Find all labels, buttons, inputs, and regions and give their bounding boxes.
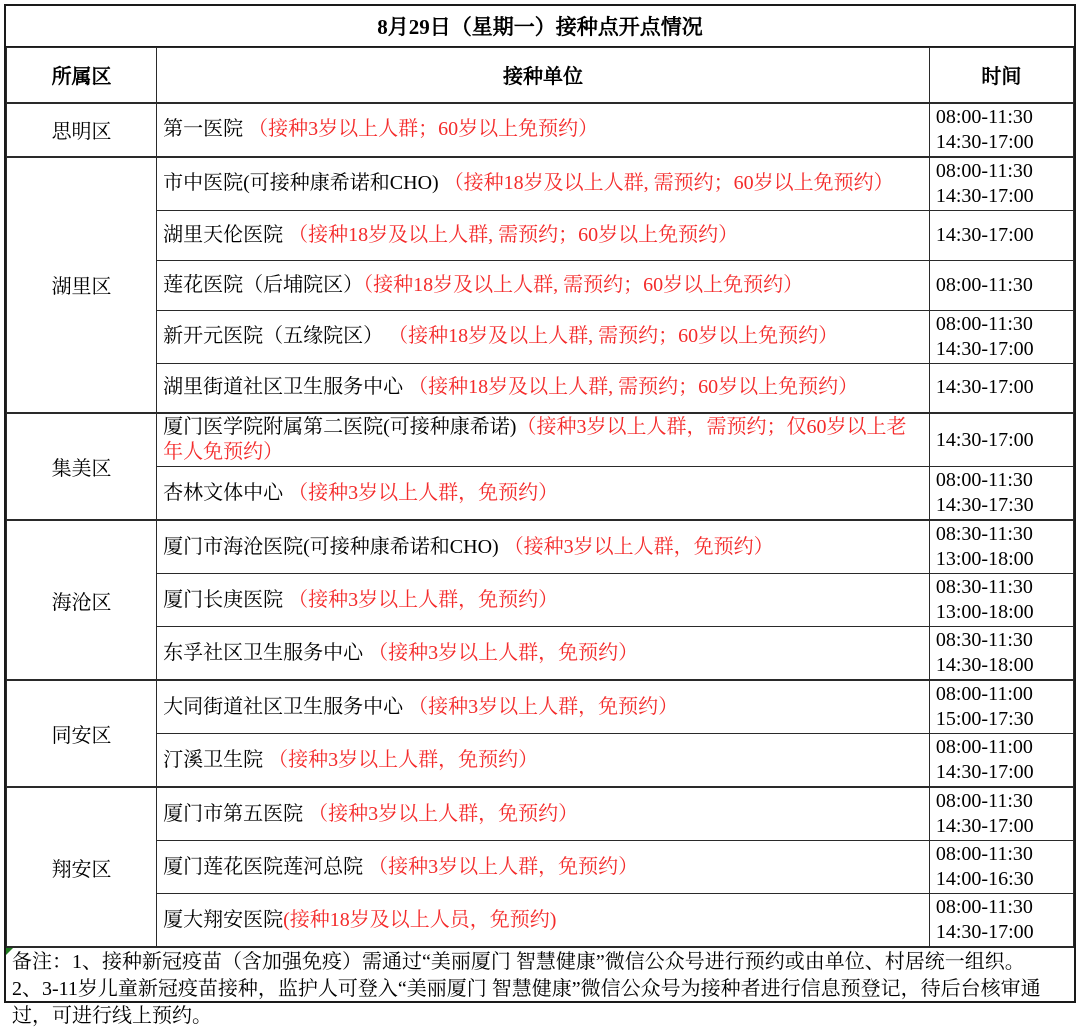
unit-name: 厦门莲花医院莲河总院 xyxy=(163,856,363,878)
unit-name: 东孚社区卫生服务中心 xyxy=(163,642,363,664)
unit-cell: 杏林文体中心 （接种3岁以上人群，免预约） xyxy=(157,467,930,521)
time-line: 14:30-17:00 xyxy=(936,428,1067,453)
unit-cell: 厦大翔安医院(接种18岁及以上人员，免预约) xyxy=(157,894,930,947)
time-line: 15:00-17:30 xyxy=(936,707,1067,732)
unit-note: （接种18岁及以上人群, 需预约；60岁以上免预约） xyxy=(383,325,838,347)
unit-cell: 厦门莲花医院莲河总院 （接种3岁以上人群，免预约） xyxy=(157,841,930,894)
unit-cell: 厦门医学院附属第二医院(可接种康希诺)（接种3岁以上人群，需预约；仅60岁以上老… xyxy=(157,413,930,467)
time-line: 08:30-11:30 xyxy=(936,628,1067,653)
unit-name: 厦门长庚医院 xyxy=(163,589,283,611)
page: 8月29日（星期一）接种点开点情况 所属区 接种单位 时间 思明区第一医院 （接… xyxy=(0,0,1080,1007)
unit-note: （接种3岁以上人群，免预约） xyxy=(303,803,578,825)
time-line: 14:30-17:00 xyxy=(936,814,1067,839)
table-row: 湖里区市中医院(可接种康希诺和CHO) （接种18岁及以上人群, 需预约；60岁… xyxy=(7,157,1074,211)
table-row: 莲花医院（后埔院区）（接种18岁及以上人群, 需预约；60岁以上免预约）08:0… xyxy=(7,260,1074,310)
district-cell: 思明区 xyxy=(7,103,157,157)
unit-cell: 市中医院(可接种康希诺和CHO) （接种18岁及以上人群, 需预约；60岁以上免… xyxy=(157,157,930,211)
unit-cell: 厦门市海沧医院(可接种康希诺和CHO) （接种3岁以上人群，免预约） xyxy=(157,520,930,574)
time-cell: 14:30-17:00 xyxy=(929,210,1073,260)
table-row: 杏林文体中心 （接种3岁以上人群，免预约）08:00-11:3014:30-17… xyxy=(7,467,1074,521)
table-row: 翔安区厦门市第五医院 （接种3岁以上人群，免预约）08:00-11:3014:3… xyxy=(7,787,1074,841)
table-row: 海沧区厦门市海沧医院(可接种康希诺和CHO) （接种3岁以上人群，免预约）08:… xyxy=(7,520,1074,574)
unit-note: （接种3岁以上人群，免预约） xyxy=(403,696,678,718)
district-cell: 集美区 xyxy=(7,413,157,520)
unit-note: （接种3岁以上人群，免预约） xyxy=(363,642,638,664)
unit-cell: 厦门市第五医院 （接种3岁以上人群，免预约） xyxy=(157,787,930,841)
time-line: 08:00-11:00 xyxy=(936,682,1067,707)
unit-cell: 大同街道社区卫生服务中心 （接种3岁以上人群，免预约） xyxy=(157,680,930,734)
time-cell: 08:30-11:3014:30-18:00 xyxy=(929,627,1073,681)
header-row: 所属区 接种单位 时间 xyxy=(7,48,1074,103)
time-line: 13:00-18:00 xyxy=(936,547,1067,572)
unit-name: 大同街道社区卫生服务中心 xyxy=(163,696,403,718)
unit-note: （接种3岁以上人群，免预约） xyxy=(499,536,774,558)
district-cell: 同安区 xyxy=(7,680,157,787)
time-line: 14:30-17:00 xyxy=(936,223,1067,248)
time-cell: 08:00-11:3014:30-17:00 xyxy=(929,787,1073,841)
table-row: 思明区第一医院 （接种3岁以上人群；60岁以上免预约）08:00-11:3014… xyxy=(7,103,1074,157)
unit-note: （接种3岁以上人群，免预约） xyxy=(283,589,558,611)
unit-cell: 汀溪卫生院 （接种3岁以上人群，免预约） xyxy=(157,734,930,788)
time-cell: 08:00-11:3014:00-16:30 xyxy=(929,841,1073,894)
unit-note: （接种3岁以上人群，免预约） xyxy=(283,482,558,504)
time-cell: 08:00-11:3014:30-17:00 xyxy=(929,894,1073,947)
unit-cell: 湖里街道社区卫生服务中心 （接种18岁及以上人群, 需预约；60岁以上免预约） xyxy=(157,363,930,413)
unit-name: 湖里天伦医院 xyxy=(163,224,283,246)
unit-name: 厦门市第五医院 xyxy=(163,803,303,825)
time-cell: 08:00-11:3014:30-17:00 xyxy=(929,157,1073,211)
time-line: 08:30-11:30 xyxy=(936,522,1067,547)
unit-name: 厦大翔安医院 xyxy=(163,909,283,931)
unit-name: 市中医院(可接种康希诺和CHO) xyxy=(163,172,439,194)
time-line: 08:00-11:30 xyxy=(936,895,1067,920)
time-line: 14:30-17:00 xyxy=(936,920,1067,945)
time-line: 08:00-11:30 xyxy=(936,789,1067,814)
time-cell: 08:30-11:3013:00-18:00 xyxy=(929,520,1073,574)
unit-note: （接种18岁及以上人群, 需预约；60岁以上免预约） xyxy=(403,376,858,398)
table-row: 同安区大同街道社区卫生服务中心 （接种3岁以上人群，免预约）08:00-11:0… xyxy=(7,680,1074,734)
time-line: 14:30-18:00 xyxy=(936,653,1067,678)
time-cell: 14:30-17:00 xyxy=(929,413,1073,467)
time-cell: 08:30-11:3013:00-18:00 xyxy=(929,574,1073,627)
time-line: 14:00-16:30 xyxy=(936,867,1067,892)
time-line: 14:30-17:00 xyxy=(936,184,1067,209)
unit-name: 汀溪卫生院 xyxy=(163,749,263,771)
time-cell: 08:00-11:0014:30-17:00 xyxy=(929,734,1073,788)
unit-cell: 厦门长庚医院 （接种3岁以上人群，免预约） xyxy=(157,574,930,627)
header-district: 所属区 xyxy=(7,48,157,103)
time-line: 14:30-17:30 xyxy=(936,493,1067,518)
unit-note: （接种18岁及以上人群, 需预约；60岁以上免预约） xyxy=(283,224,738,246)
time-line: 08:00-11:30 xyxy=(936,842,1067,867)
district-cell: 湖里区 xyxy=(7,157,157,414)
time-line: 08:00-11:30 xyxy=(936,105,1067,130)
table-row: 新开元医院（五缘院区） （接种18岁及以上人群, 需预约；60岁以上免预约）08… xyxy=(7,310,1074,363)
vaccination-table: 所属区 接种单位 时间 思明区第一医院 （接种3岁以上人群；60岁以上免预约）0… xyxy=(6,47,1074,947)
unit-note: （接种3岁以上人群，免预约） xyxy=(263,749,538,771)
schedule-sheet: 8月29日（星期一）接种点开点情况 所属区 接种单位 时间 思明区第一医院 （接… xyxy=(4,4,1076,1003)
unit-note: （接种18岁及以上人群, 需预约；60岁以上免预约） xyxy=(363,274,803,296)
unit-name: 厦门市海沧医院(可接种康希诺和CHO) xyxy=(163,536,499,558)
time-line: 08:30-11:30 xyxy=(936,575,1067,600)
unit-cell: 湖里天伦医院 （接种18岁及以上人群, 需预约；60岁以上免预约） xyxy=(157,210,930,260)
unit-name: 新开元医院（五缘院区） xyxy=(163,325,383,347)
table-row: 厦大翔安医院(接种18岁及以上人员，免预约)08:00-11:3014:30-1… xyxy=(7,894,1074,947)
time-line: 14:30-17:00 xyxy=(936,760,1067,785)
time-cell: 08:00-11:3014:30-17:00 xyxy=(929,310,1073,363)
time-cell: 08:00-11:30 xyxy=(929,260,1073,310)
table-row: 湖里街道社区卫生服务中心 （接种18岁及以上人群, 需预约；60岁以上免预约）1… xyxy=(7,363,1074,413)
unit-note: （接种3岁以上人群；60岁以上免预约） xyxy=(243,118,598,140)
footnote-1: 备注：1、接种新冠疫苗（含加强免疫）需通过“美丽厦门 智慧健康”微信公众号进行预… xyxy=(12,951,1025,973)
time-line: 14:30-17:00 xyxy=(936,375,1067,400)
table-row: 厦门莲花医院莲河总院 （接种3岁以上人群，免预约）08:00-11:3014:0… xyxy=(7,841,1074,894)
table-header: 所属区 接种单位 时间 xyxy=(7,48,1074,103)
notes-section: 备注：1、接种新冠疫苗（含加强免疫）需通过“美丽厦门 智慧健康”微信公众号进行预… xyxy=(6,947,1074,1030)
time-cell: 14:30-17:00 xyxy=(929,363,1073,413)
table-row: 东孚社区卫生服务中心 （接种3岁以上人群，免预约）08:30-11:3014:3… xyxy=(7,627,1074,681)
unit-note: （接种3岁以上人群，免预约） xyxy=(363,856,638,878)
unit-cell: 东孚社区卫生服务中心 （接种3岁以上人群，免预约） xyxy=(157,627,930,681)
time-line: 08:00-11:30 xyxy=(936,468,1067,493)
unit-cell: 第一医院 （接种3岁以上人群；60岁以上免预约） xyxy=(157,103,930,157)
page-title: 8月29日（星期一）接种点开点情况 xyxy=(6,6,1074,47)
excel-corner-mark xyxy=(6,948,13,955)
unit-cell: 新开元医院（五缘院区） （接种18岁及以上人群, 需预约；60岁以上免预约） xyxy=(157,310,930,363)
time-cell: 08:00-11:3014:30-17:00 xyxy=(929,103,1073,157)
district-cell: 海沧区 xyxy=(7,520,157,680)
unit-name: 湖里街道社区卫生服务中心 xyxy=(163,376,403,398)
table-row: 汀溪卫生院 （接种3岁以上人群，免预约）08:00-11:0014:30-17:… xyxy=(7,734,1074,788)
unit-name: 莲花医院（后埔院区） xyxy=(163,274,363,296)
time-cell: 08:00-11:0015:00-17:30 xyxy=(929,680,1073,734)
header-time: 时间 xyxy=(929,48,1073,103)
time-cell: 08:00-11:3014:30-17:30 xyxy=(929,467,1073,521)
time-line: 14:30-17:00 xyxy=(936,337,1067,362)
unit-name: 厦门医学院附属第二医院(可接种康希诺) xyxy=(163,416,516,438)
header-unit: 接种单位 xyxy=(157,48,930,103)
time-line: 08:00-11:30 xyxy=(936,159,1067,184)
time-line: 08:00-11:30 xyxy=(936,312,1067,337)
table-row: 湖里天伦医院 （接种18岁及以上人群, 需预约；60岁以上免预约）14:30-1… xyxy=(7,210,1074,260)
vaccination-table-body: 思明区第一医院 （接种3岁以上人群；60岁以上免预约）08:00-11:3014… xyxy=(7,103,1074,947)
time-line: 13:00-18:00 xyxy=(936,600,1067,625)
time-line: 14:30-17:00 xyxy=(936,130,1067,155)
district-cell: 翔安区 xyxy=(7,787,157,947)
table-row: 集美区厦门医学院附属第二医院(可接种康希诺)（接种3岁以上人群，需预约；仅60岁… xyxy=(7,413,1074,467)
time-line: 08:00-11:30 xyxy=(936,273,1067,298)
time-line: 08:00-11:00 xyxy=(936,735,1067,760)
table-row: 厦门长庚医院 （接种3岁以上人群，免预约）08:30-11:3013:00-18… xyxy=(7,574,1074,627)
unit-note: （接种18岁及以上人群, 需预约；60岁以上免预约） xyxy=(439,172,894,194)
unit-cell: 莲花医院（后埔院区）（接种18岁及以上人群, 需预约；60岁以上免预约） xyxy=(157,260,930,310)
unit-name: 杏林文体中心 xyxy=(163,482,283,504)
unit-note: (接种18岁及以上人员，免预约) xyxy=(283,909,556,931)
unit-name: 第一医院 xyxy=(163,118,243,140)
